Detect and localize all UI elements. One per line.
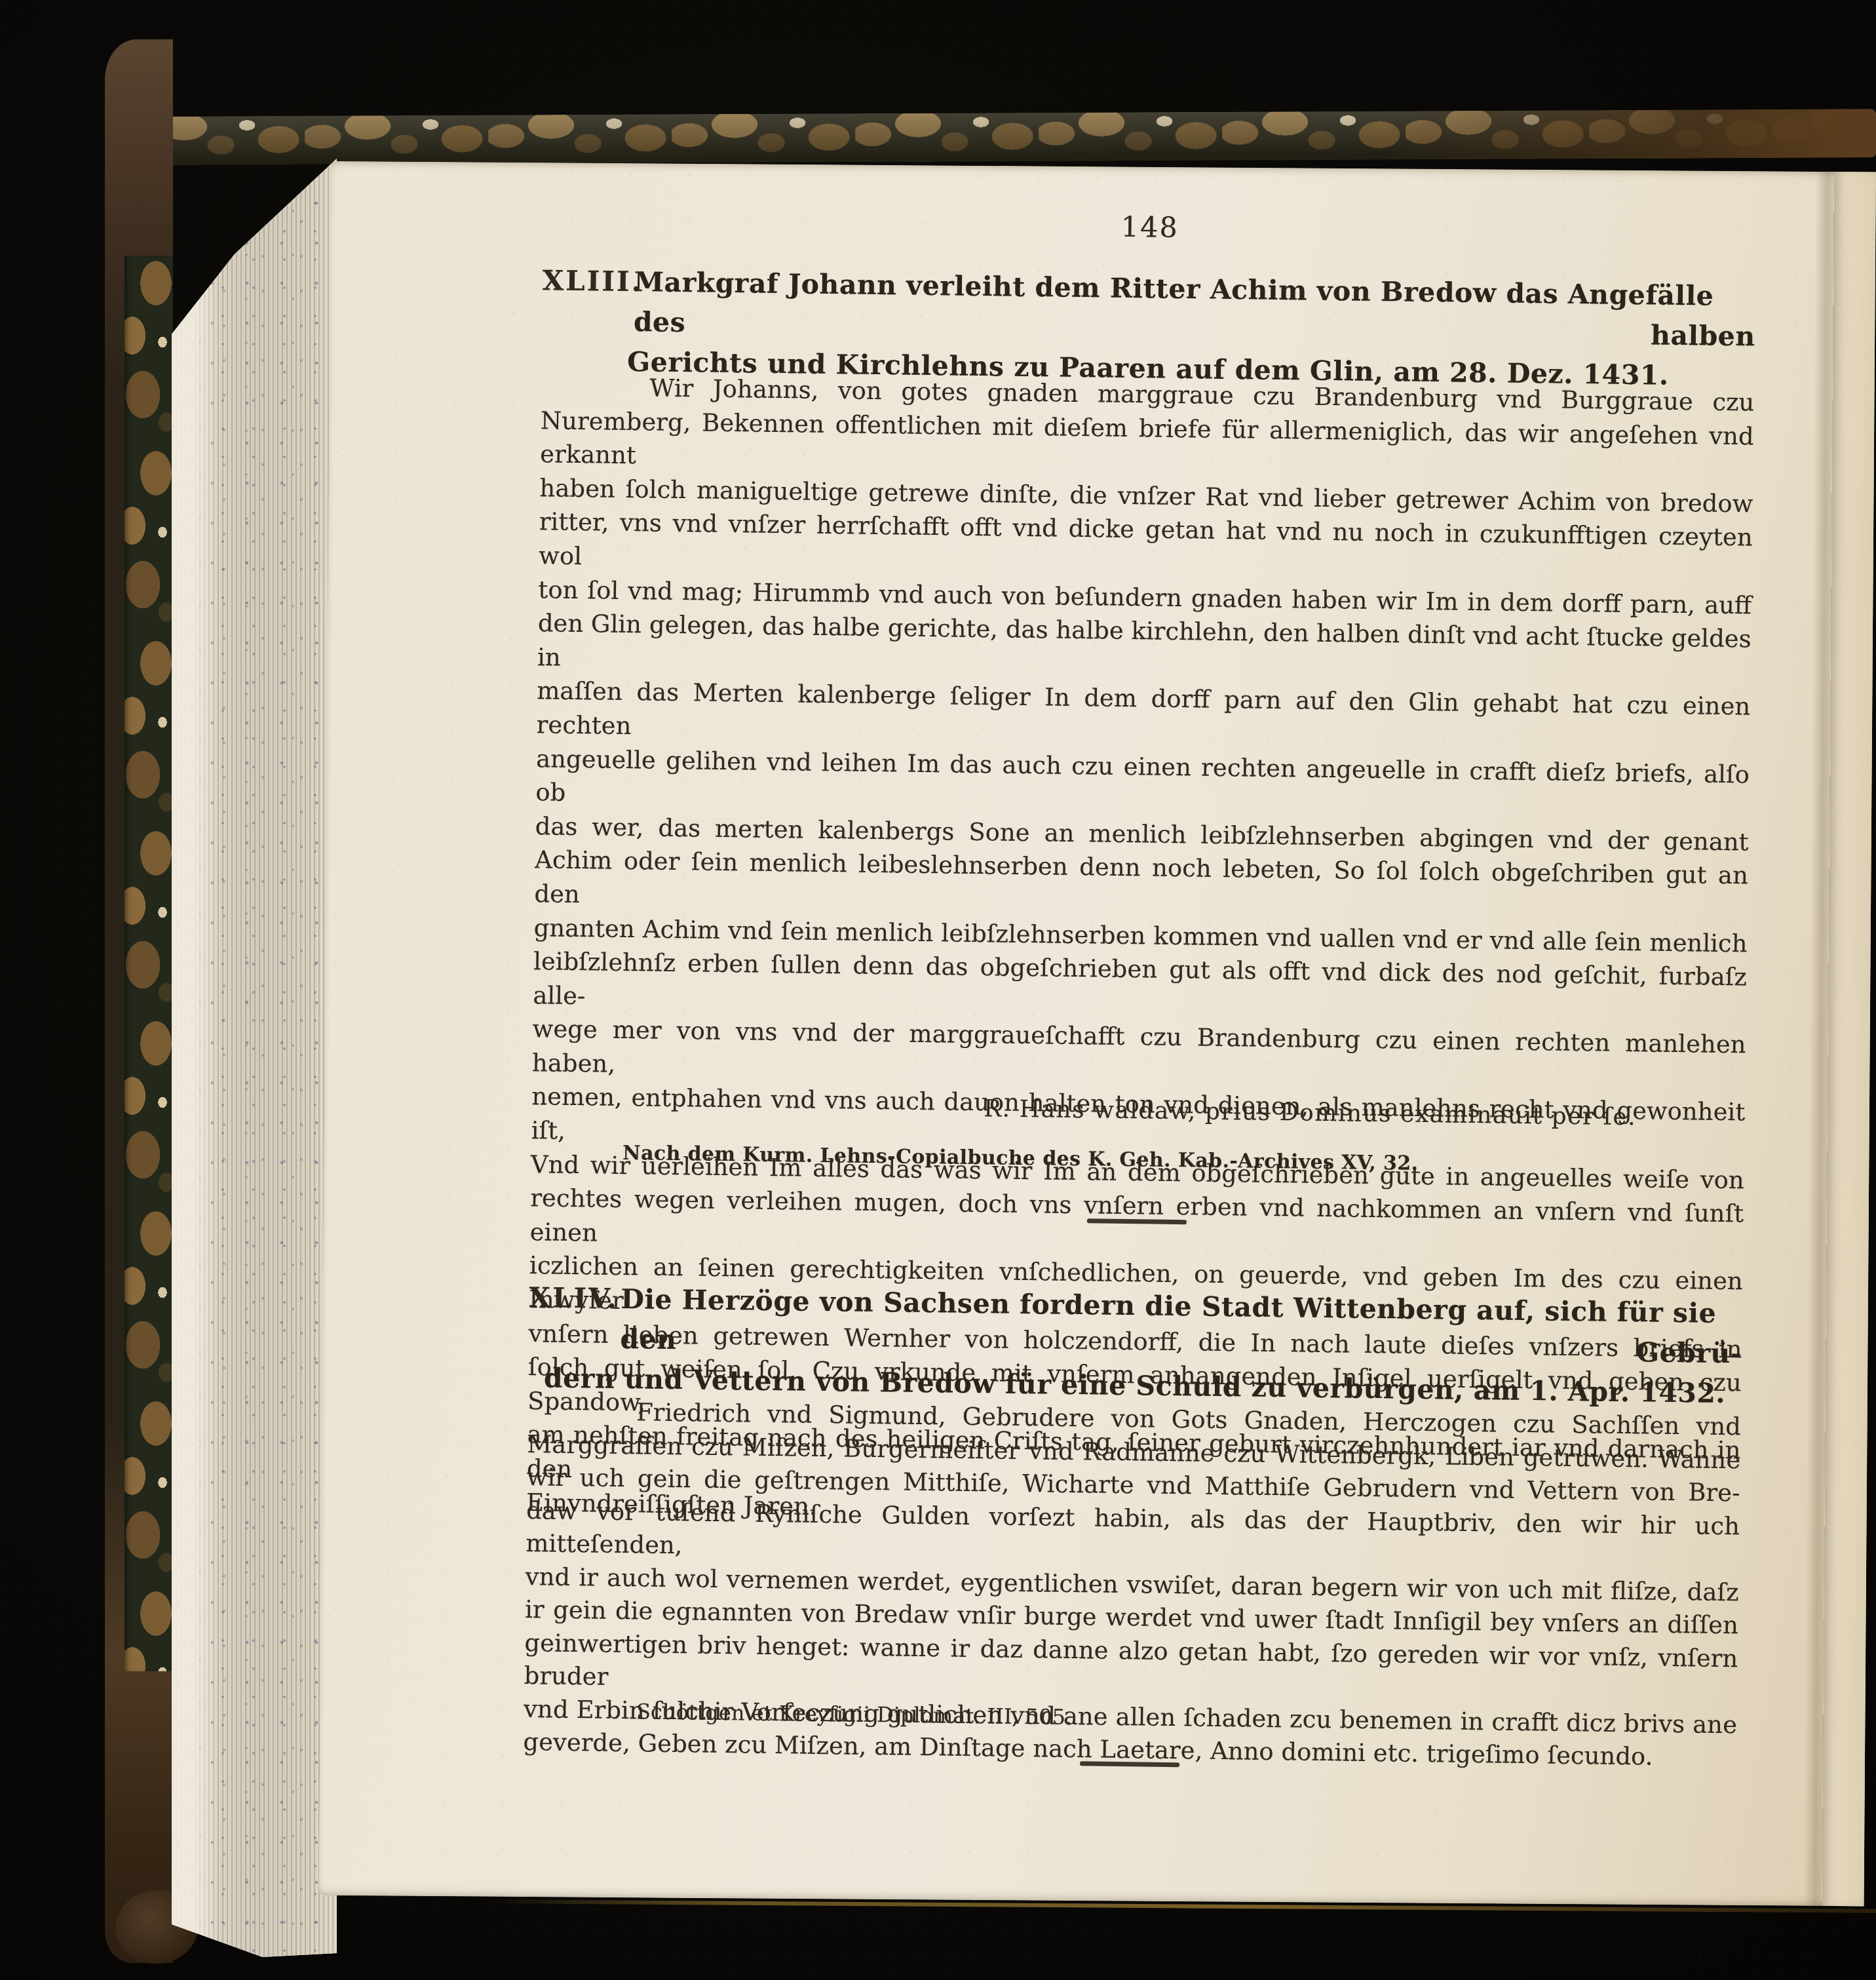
page-number: 148 — [543, 203, 1757, 252]
scanned-book-photo: 148 XLIII. Markgraf Johann verleiht dem … — [0, 0, 1876, 1980]
book-spine-leather — [105, 39, 173, 1963]
doc-43-number: XLIII. — [542, 261, 643, 301]
page-edges-stack — [172, 156, 337, 1958]
doc-44-heading: XLIV. Die Herzöge von Sachsen fordern di… — [527, 1278, 1742, 1414]
doc-44-heading-lines: Die Herzöge von Sachsen fordern die Stad… — [527, 1278, 1742, 1414]
heading-line: Die Herzöge von Sachsen fordern die Stad… — [528, 1278, 1742, 1374]
marbled-board-left-edge — [124, 256, 173, 1671]
doc-44-number: XLIV. — [529, 1278, 619, 1319]
book-page: 148 XLIII. Markgraf Johann verleiht dem … — [319, 161, 1876, 1906]
printed-page-content: 148 XLIII. Markgraf Johann verleiht dem … — [544, 163, 1757, 178]
heading-line: Markgraf Johann verleiht dem Ritter Achi… — [541, 261, 1755, 357]
marbled-board-top-edge — [121, 109, 1876, 165]
